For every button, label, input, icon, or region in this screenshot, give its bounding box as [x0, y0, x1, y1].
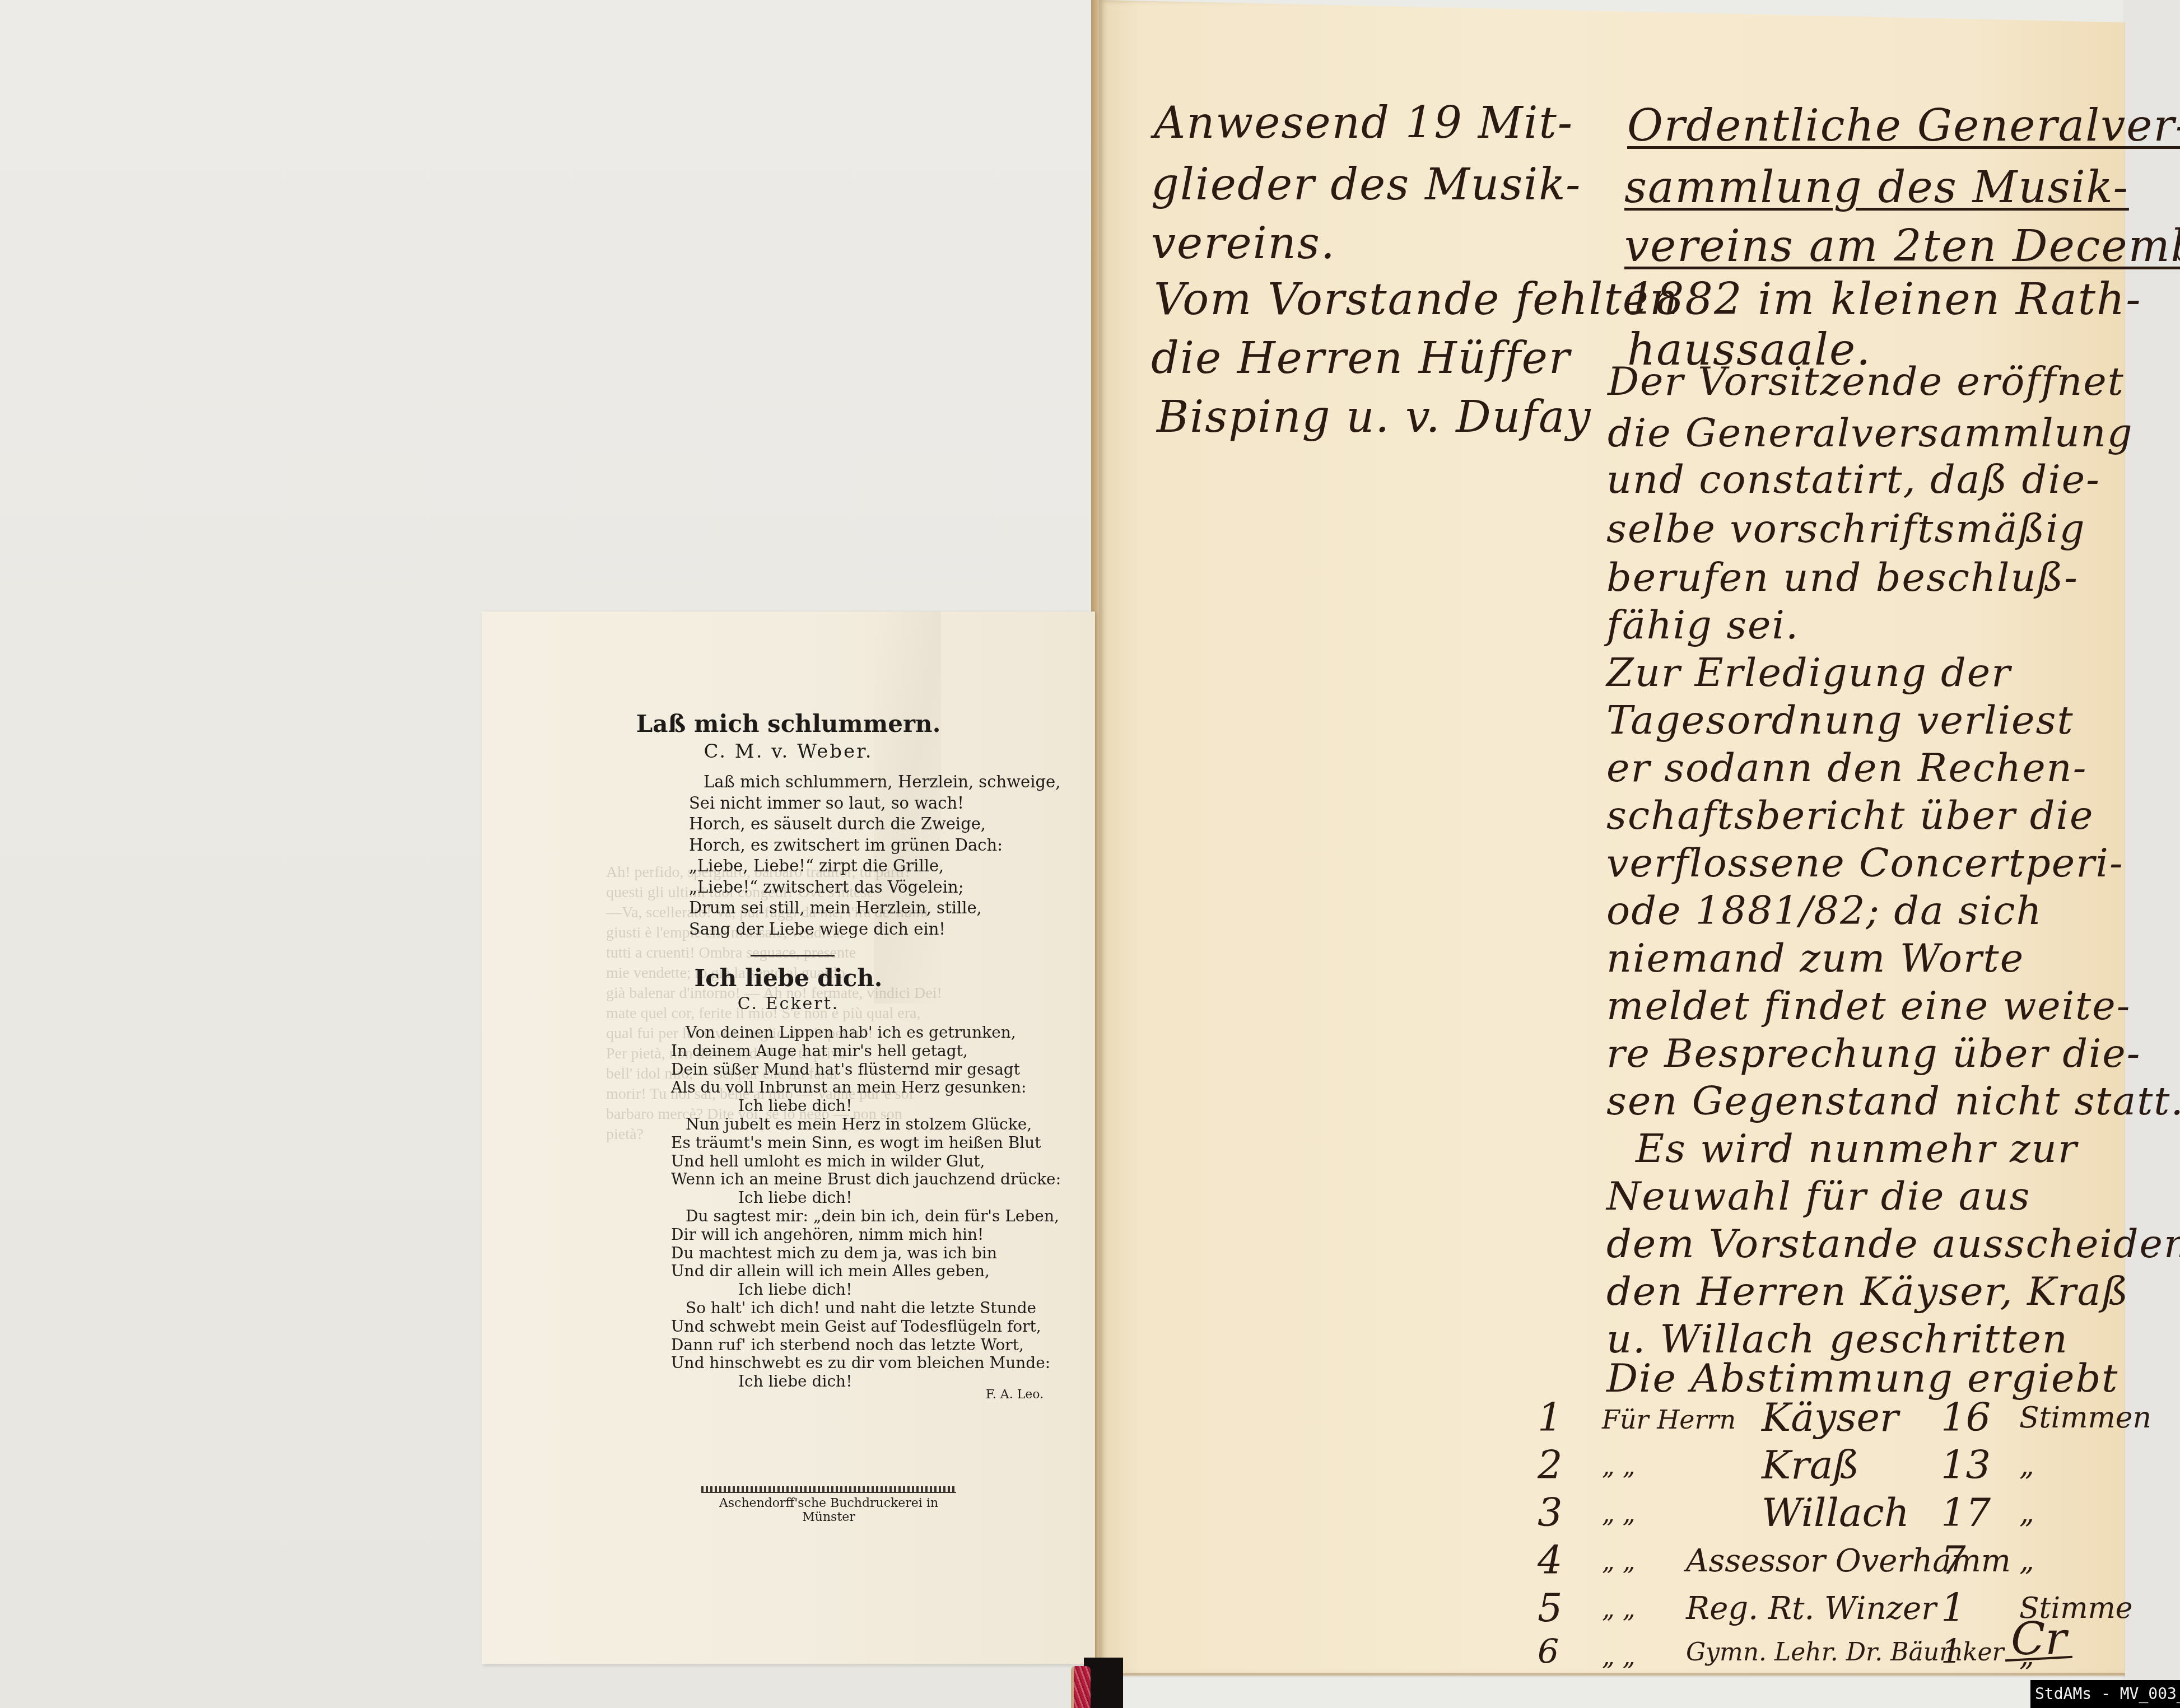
left-line: vereins. [1151, 218, 1336, 269]
lyric-line: „Liebe, Liebe!“ zirpt die Grille, [689, 856, 1060, 877]
candidate-name: Willach [1762, 1490, 1909, 1536]
body-line: Der Vorsitzende eröffnet [1608, 358, 2125, 404]
song1-title: Laß mich schlummern. [482, 710, 1095, 738]
vote-number: 4 [1538, 1537, 1563, 1583]
body-line: Tagesordnung verliest [1606, 697, 2074, 743]
body-line: verflossene Concertperi- [1606, 840, 2124, 886]
lyric-line: Und dir allein will ich mein Alles geben… [671, 1262, 1061, 1281]
vote-unit: „ [2019, 1496, 2034, 1530]
song2-lyrics: Von deinen Lippen hab' ich es getrunken,… [671, 1024, 1061, 1391]
heading-line: Ordentliche Generalver- [1627, 101, 2180, 151]
body-line: fähig sei. [1606, 602, 1799, 648]
vote-unit: „ [2019, 1449, 2034, 1482]
body-line: Es wird nunmehr zur [1636, 1126, 2077, 1172]
body-line: berufen und beschluß- [1606, 554, 2079, 600]
vote-prefix: „ „ [1602, 1452, 1636, 1481]
body-line: er sodann den Rechen- [1606, 745, 2087, 791]
archive-label: StdAMs - MV_003_218 [2030, 1680, 2180, 1708]
body-line: schaftsbericht über die [1606, 792, 2094, 838]
body-line: ode 1881/82; da sich [1606, 888, 2043, 934]
vote-prefix: „ „ [1602, 1500, 1636, 1528]
lyric-line: Drum sei still, mein Herzlein, stille, [689, 898, 1060, 919]
vote-number: 1 [1538, 1394, 1563, 1440]
lyric-line: Dein süßer Mund hat's flüsternd mir gesa… [671, 1061, 1061, 1079]
heading-line: vereins am 2ten December [1624, 221, 2180, 272]
lyric-line: Dann ruf' ich sterbend noch das letzte W… [671, 1336, 1061, 1355]
lyric-refrain: Ich liebe dich! [671, 1281, 1061, 1299]
lyric-line: Als du voll Inbrunst an mein Herz gesunk… [671, 1079, 1061, 1097]
left-line: Anwesend 19 Mit- [1154, 98, 1573, 148]
body-line: und constatirt, daß die- [1606, 456, 2100, 502]
lyric-line: Wenn ich an meine Brust dich jauchzend d… [671, 1170, 1061, 1189]
lyric-line: Von deinen Lippen hab' ich es getrunken, [671, 1024, 1061, 1042]
lyric-line: Sang der Liebe wiege dich ein! [689, 919, 1060, 940]
lyric-line: Dir will ich angehören, nimm mich hin! [671, 1226, 1061, 1244]
candidate-name: Käyser [1762, 1394, 1898, 1440]
lyric-line: Horch, es zwitschert im grünen Dach: [689, 835, 1060, 856]
song1-composer: C. M. v. Weber. [482, 740, 1095, 763]
lyric-line: Laß mich schlummern, Herzlein, schweige, [689, 772, 1060, 793]
heading-line: sammlung des Musik- [1624, 162, 2129, 213]
body-line: niemand zum Worte [1606, 935, 2024, 981]
vote-count: 7 [1941, 1537, 1966, 1583]
body-line: Zur Erledigung der [1606, 650, 2011, 696]
song2-title: Ich liebe dich. [482, 964, 1095, 992]
bookmark-ribbon [1071, 1666, 1091, 1708]
vote-count: 13 [1941, 1442, 1991, 1488]
candidate-name: Reg. Rt. Winzer [1686, 1590, 1936, 1627]
vote-number: 5 [1538, 1585, 1563, 1631]
lyric-line: In deinem Auge hat mir's hell getagt, [671, 1042, 1061, 1061]
vote-prefix: Für Herrn [1602, 1404, 1736, 1435]
lyric-line: Du sagtest mir: „dein bin ich, dein für'… [671, 1207, 1061, 1226]
vote-prefix: „ „ [1602, 1547, 1636, 1576]
body-line: selbe vorschriftsmäßig [1606, 506, 2085, 552]
left-line: glieder des Musik- [1151, 160, 1581, 210]
vote-number: 3 [1538, 1490, 1563, 1536]
lyric-line: Sei nicht immer so laut, so wach! [689, 793, 1060, 814]
heading-line: 1882 im kleinen Rath- [1627, 274, 2142, 325]
vote-prefix: „ „ [1602, 1642, 1636, 1671]
lyric-line: Und hell umloht es mich in wilder Glut, [671, 1152, 1061, 1171]
lyric-line: So halt' ich dich! und naht die letzte S… [671, 1299, 1061, 1318]
left-line: die Herren Hüffer [1151, 333, 1571, 384]
lyric-line: „Liebe!“ zwitschert das Vögelein; [689, 877, 1060, 898]
lyric-line: Horch, es säuselt durch die Zweige, [689, 814, 1060, 835]
left-line: Vom Vorstande fehlten [1154, 274, 1679, 325]
song1-lyrics: Laß mich schlummern, Herzlein, schweige,… [689, 772, 1060, 940]
body-line: die Generalversammlung [1608, 410, 2134, 456]
vote-count: 1 [1941, 1585, 1966, 1631]
vote-prefix: „ „ [1602, 1595, 1636, 1623]
lyric-line: Du machtest mich zu dem ja, was ich bin [671, 1244, 1061, 1263]
vote-count: 16 [1941, 1394, 1991, 1440]
candidate-name: Kraß [1762, 1442, 1859, 1488]
body-line: Neuwahl für die aus [1606, 1173, 2030, 1219]
song2-lyricist: F. A. Leo. [986, 1388, 1044, 1402]
lyric-line: Nun jubelt es mein Herz in stolzem Glück… [671, 1116, 1061, 1134]
body-line: den Herren Käyser, Kraß [1606, 1268, 2129, 1314]
lyric-refrain: Ich liebe dich! [671, 1097, 1061, 1116]
vote-number: 6 [1538, 1632, 1559, 1672]
lyric-line: Es träumt's mein Sinn, es wogt im heißen… [671, 1134, 1061, 1152]
body-line: re Besprechung über die- [1606, 1030, 2141, 1076]
lyric-line: Und hinschwebt es zu dir vom bleichen Mu… [671, 1354, 1061, 1373]
printer-rule [701, 1486, 956, 1493]
vote-unit: „ [2019, 1544, 2034, 1578]
lyric-refrain: Ich liebe dich! [671, 1189, 1061, 1207]
printer-imprint: Aschendorff'sche Buchdruckerei in Münste… [701, 1496, 956, 1524]
vote-unit: Stimmen [2019, 1401, 2151, 1435]
song2-composer: C. Eckert. [482, 994, 1095, 1014]
section-divider [751, 955, 835, 956]
body-line: sen Gegenstand nicht statt. [1606, 1078, 2180, 1124]
lyric-line: Und schwebt mein Geist auf Todesflügeln … [671, 1318, 1061, 1336]
left-line: Bisping u. v. Dufay [1157, 392, 1592, 442]
vote-count: 1 [1941, 1632, 1962, 1672]
body-line: dem Vorstande ausscheiden- [1606, 1221, 2180, 1267]
vote-count: 17 [1941, 1490, 1991, 1536]
body-line: meldet findet eine weite- [1606, 983, 2131, 1029]
vote-number: 2 [1538, 1442, 1563, 1488]
